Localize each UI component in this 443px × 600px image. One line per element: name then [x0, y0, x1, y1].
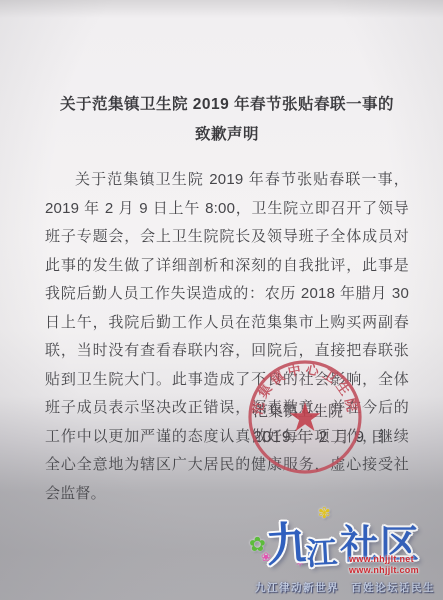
tagline-right: 百姓论坛话民生 [351, 580, 435, 595]
title-line-1: 关于范集镇卫生院 2019 年春节张贴春联一事的 [45, 90, 409, 120]
watermark-logo: ✿ ❀ ✾ ✶ 九 江 社区 www.nhjjlt.net www.nhjjlt… [252, 512, 438, 574]
document-title: 关于范集镇卫生院 2019 年春节张贴春联一事的 致歉声明 [45, 90, 409, 150]
site-url-net: www.nhjjlt.net [349, 554, 419, 565]
watermark-tagline: 九江律动新世界 百姓论坛话民生 [252, 580, 438, 595]
tagline-left: 九江律动新世界 [255, 580, 339, 595]
site-url-com: www.nhjjlt.com [349, 565, 419, 576]
site-watermark: ✿ ❀ ✾ ✶ 九 江 社区 www.nhjjlt.net www.nhjjlt… [252, 512, 438, 595]
logo-char-jiang: 江 [305, 527, 338, 574]
site-urls: www.nhjjlt.net www.nhjjlt.com [349, 554, 419, 575]
document-photo: 关于范集镇卫生院 2019 年春节张贴春联一事的 致歉声明 关于范集镇卫生院 2… [0, 0, 443, 600]
flower-icon: ✾ [318, 504, 331, 522]
title-line-2: 致歉声明 [45, 120, 409, 150]
official-seal: 范集镇中心卫生院 ★ [245, 357, 365, 477]
seal-star-icon: ★ [287, 396, 323, 440]
